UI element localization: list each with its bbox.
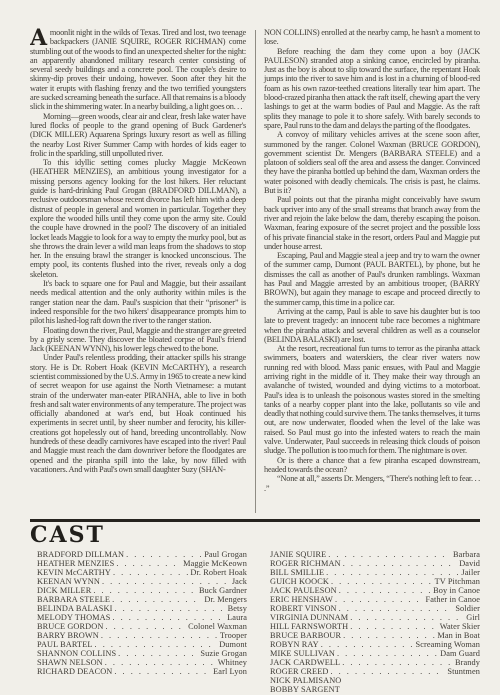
cast-role-name: Dr. Robert Hoak bbox=[190, 568, 247, 577]
cast-role-name: TV Pitchman bbox=[435, 577, 480, 586]
cast-role-name: Colonel Waxman bbox=[188, 622, 247, 631]
dot-leader: . . . . . . . . . . . . . . . . . . . . … bbox=[343, 559, 458, 568]
drop-cap: A bbox=[30, 28, 50, 46]
cast-role-name: Earl Lyon bbox=[213, 667, 247, 676]
cast-actor-name: BARBARA STEELE bbox=[37, 595, 110, 604]
cast-actor-name: BRUCE GORDON bbox=[37, 622, 103, 631]
cast-row: PAUL BARTEL . . . . . . . . . . . . . . … bbox=[37, 640, 247, 649]
article-paragraph: Arriving at the camp, Paul is able to sa… bbox=[264, 307, 480, 344]
dot-leader: . . . . . . . . . . . . . . . . . . . . … bbox=[350, 622, 437, 631]
dot-leader: . . . . . . . . . . . . . . . . . . . . … bbox=[126, 550, 202, 559]
cast-right-column: JANIE SQUIRE . . . . . . . . . . . . . .… bbox=[270, 550, 480, 694]
cast-role-name: David bbox=[459, 559, 480, 568]
opening-paragraph: Amoonlit night in the wilds of Texas. Ti… bbox=[30, 28, 246, 112]
dot-leader: . . . . . . . . . . . . . . . . . . . . … bbox=[112, 613, 225, 622]
cast-row: ROGER RICHMAN . . . . . . . . . . . . . … bbox=[270, 559, 480, 568]
synopsis-section: Amoonlit night in the wilds of Texas. Ti… bbox=[0, 0, 500, 515]
cast-row: GUICH KOOCK . . . . . . . . . . . . . . … bbox=[270, 577, 480, 586]
dot-leader: . . . . . . . . . . . . . . . . . . . . … bbox=[339, 604, 454, 613]
cast-row: ROBERT VINSON . . . . . . . . . . . . . … bbox=[270, 604, 480, 613]
article-paragraph: Or is there a chance that a few piranha … bbox=[264, 456, 480, 475]
dot-leader: . . . . . . . . . . . . . . . . . . . . … bbox=[331, 667, 446, 676]
article-paragraph: Under Paul's relentless prodding, their … bbox=[30, 353, 246, 474]
cast-row: VIRGINIA DUNNAM . . . . . . . . . . . . … bbox=[270, 613, 480, 622]
article-paragraph: NON COLLINS) enrolled at the nearby camp… bbox=[264, 28, 480, 47]
cast-actor-name: BOBBY SARGENT bbox=[270, 685, 340, 694]
cast-actor-name: BILL SMILLIE bbox=[270, 568, 324, 577]
cast-row: MIKE SULLIVAN . . . . . . . . . . . . . … bbox=[270, 649, 480, 658]
cast-row: JANIE SQUIRE . . . . . . . . . . . . . .… bbox=[270, 550, 480, 559]
cast-actor-name: HILL FARNSWORTH bbox=[270, 622, 348, 631]
cast-actor-name: GUICH KOOCK bbox=[270, 577, 329, 586]
cast-role-name: Girl bbox=[466, 613, 480, 622]
cast-row: HEATHER MENZIES . . . . . . . . . . . . … bbox=[37, 559, 247, 568]
dot-leader: . . . . . . . . . . . . . . . . . . . . … bbox=[328, 550, 451, 559]
cast-actor-name: BRADFORD DILLMAN bbox=[37, 550, 124, 559]
dot-leader: . . . . . . . . . . . . . . . . . . . . … bbox=[326, 568, 459, 577]
dot-leader: . . . . . . . . . . . . . . . . . . . . … bbox=[342, 658, 453, 667]
cast-row: KEVIN McCARTHY . . . . . . . . . . . . .… bbox=[37, 568, 247, 577]
cast-row: DICK MILLER . . . . . . . . . . . . . . … bbox=[37, 586, 247, 595]
cast-row: BRUCE BARBOUR . . . . . . . . . . . . . … bbox=[270, 631, 480, 640]
cast-role-name: Dumont bbox=[219, 640, 247, 649]
dot-leader: . . . . . . . . . . . . . . . . . . . . … bbox=[113, 568, 188, 577]
cast-role-name: Man in Boat bbox=[437, 631, 480, 640]
cast-actor-name: ROGER RICHMAN bbox=[270, 559, 341, 568]
dot-leader: . . . . . . . . . . . . . . . . . . . . … bbox=[93, 586, 197, 595]
cast-role-name: Maggie McKeown bbox=[183, 559, 247, 568]
cast-row: BARBARA STEELE . . . . . . . . . . . . .… bbox=[37, 595, 247, 604]
cast-role-name: Suzie Grogan bbox=[200, 649, 247, 658]
cast-role-name: Trooper bbox=[220, 631, 247, 640]
cast-role-name: Dam Guard bbox=[440, 649, 480, 658]
cast-actor-name: MIKE SULLIVAN bbox=[270, 649, 335, 658]
cast-section: BRADFORD DILLMAN . . . . . . . . . . . .… bbox=[37, 550, 480, 694]
dot-leader: . . . . . . . . . . . . . . . . . . . . … bbox=[337, 649, 438, 658]
cast-row: SHANNON COLLINS . . . . . . . . . . . . … bbox=[37, 649, 247, 658]
cast-role-name: Soldier bbox=[455, 604, 480, 613]
cast-actor-name: ERIC HENSHAW bbox=[270, 595, 333, 604]
cast-role-name: Whitney bbox=[218, 658, 247, 667]
cast-role-name: Barbara bbox=[453, 550, 480, 559]
cast-row: MELODY THOMAS . . . . . . . . . . . . . … bbox=[37, 613, 247, 622]
cast-role-name: Father in Canoe bbox=[426, 595, 481, 604]
cast-role-name: Brandy bbox=[455, 658, 480, 667]
cast-actor-name: JACK PAULESON bbox=[270, 586, 337, 595]
cast-actor-name: SHAWN NELSON bbox=[37, 658, 103, 667]
article-paragraph: Morning—green woods, clear air and clear… bbox=[30, 112, 246, 158]
cast-row: ERIC HENSHAW . . . . . . . . . . . . . .… bbox=[270, 595, 480, 604]
cast-role-name: Water Skier bbox=[440, 622, 480, 631]
dot-leader: . . . . . . . . . . . . . . . . . . . . … bbox=[114, 604, 225, 613]
press-kit-page: Amoonlit night in the wilds of Texas. Ti… bbox=[0, 0, 500, 695]
cast-role-name: Laura bbox=[227, 613, 247, 622]
cast-row: SHAWN NELSON . . . . . . . . . . . . . .… bbox=[37, 658, 247, 667]
article-paragraph: It's back to square one for Paul and Mag… bbox=[30, 279, 246, 325]
cast-row: HILL FARNSWORTH . . . . . . . . . . . . … bbox=[270, 622, 480, 631]
cast-role-name: Betsy bbox=[228, 604, 247, 613]
dot-leader: . . . . . . . . . . . . . . . . . . . . … bbox=[116, 559, 181, 568]
cast-actor-name: BRUCE BARBOUR bbox=[270, 631, 341, 640]
dot-leader: . . . . . . . . . . . . . . . . . . . . … bbox=[339, 586, 431, 595]
cast-actor-name: KEENAN WYNN bbox=[37, 577, 100, 586]
cast-actor-name: SHANNON COLLINS bbox=[37, 649, 116, 658]
article-paragraph: Floating down the river, Paul, Maggie an… bbox=[30, 326, 246, 354]
cast-row: BELINDA BALASKI . . . . . . . . . . . . … bbox=[37, 604, 247, 613]
article-left-column: Amoonlit night in the wilds of Texas. Ti… bbox=[30, 28, 246, 515]
dot-leader: . . . . . . . . . . . . . . . . . . . . … bbox=[321, 640, 414, 649]
cast-role-name: Paul Grogan bbox=[204, 550, 247, 559]
cast-role-name: Jailer bbox=[461, 568, 480, 577]
cast-row: ROGER CREED . . . . . . . . . . . . . . … bbox=[270, 667, 480, 676]
cast-role-name: Stuntmen bbox=[447, 667, 480, 676]
cast-row: BILL SMILLIE . . . . . . . . . . . . . .… bbox=[270, 568, 480, 577]
cast-actor-name: HEATHER MENZIES bbox=[37, 559, 114, 568]
cast-row: NICK PALMISANO bbox=[270, 676, 480, 685]
cast-actor-name: PAUL BARTEL bbox=[37, 640, 93, 649]
cast-actor-name: DICK MILLER bbox=[37, 586, 91, 595]
synopsis-columns: Amoonlit night in the wilds of Texas. Ti… bbox=[30, 28, 480, 515]
cast-row: BRADFORD DILLMAN . . . . . . . . . . . .… bbox=[37, 550, 247, 559]
cast-actor-name: BARRY BROWN bbox=[37, 631, 99, 640]
dot-leader: . . . . . . . . . . . . . . . . . . . . … bbox=[105, 622, 186, 631]
article-paragraph: “None at all,” asserts Dr. Mengers, “The… bbox=[264, 474, 480, 493]
dot-leader: . . . . . . . . . . . . . . . . . . . . … bbox=[101, 631, 218, 640]
dot-leader: . . . . . . . . . . . . . . . . . . . . … bbox=[112, 595, 202, 604]
cast-actor-name: JANIE SQUIRE bbox=[270, 550, 326, 559]
cast-role-name: Boy in Canoe bbox=[433, 586, 480, 595]
cast-role-name: Screaming Woman bbox=[415, 640, 480, 649]
cast-actor-name: ROBERT VINSON bbox=[270, 604, 337, 613]
cast-row: JACK CARDWELL . . . . . . . . . . . . . … bbox=[270, 658, 480, 667]
cast-role-name: Buck Gardner bbox=[199, 586, 247, 595]
dot-leader: . . . . . . . . . . . . . . . . . . . . … bbox=[350, 613, 464, 622]
article-paragraph: Before reaching the dam they come upon a… bbox=[264, 47, 480, 131]
cast-actor-name: BELINDA BALASKI bbox=[37, 604, 112, 613]
cast-actor-name: KEVIN McCARTHY bbox=[37, 568, 111, 577]
dot-leader: . . . . . . . . . . . . . . . . . . . . … bbox=[331, 577, 433, 586]
article-paragraph: At the resort, recreational fun turns to… bbox=[264, 344, 480, 456]
cast-left-column: BRADFORD DILLMAN . . . . . . . . . . . .… bbox=[37, 550, 247, 694]
article-paragraph: A convoy of military vehicles arrives at… bbox=[264, 130, 480, 195]
dot-leader: . . . . . . . . . . . . . . . . . . . . … bbox=[118, 649, 198, 658]
cast-role-name: Jack bbox=[232, 577, 247, 586]
cast-role-name: Dr. Mengers bbox=[204, 595, 247, 604]
dot-leader: . . . . . . . . . . . . . . . . . . . . … bbox=[95, 640, 218, 649]
cast-actor-name: MELODY THOMAS bbox=[37, 613, 110, 622]
article-paragraph: Paul points out that the piranha might c… bbox=[264, 195, 480, 251]
cast-actor-name: ROBYN RAY bbox=[270, 640, 319, 649]
cast-row: BOBBY SARGENT bbox=[270, 685, 480, 694]
article-paragraph: Escaping, Paul and Maggie steal a jeep a… bbox=[264, 251, 480, 307]
cast-actor-name: VIRGINIA DUNNAM bbox=[270, 613, 348, 622]
left-paragraphs: Morning—green woods, clear air and clear… bbox=[30, 112, 246, 475]
dot-leader: . . . . . . . . . . . . . . . . . . . . … bbox=[105, 658, 216, 667]
cast-actor-name: RICHARD DEACON bbox=[37, 667, 112, 676]
cast-actor-name: NICK PALMISANO bbox=[270, 676, 341, 685]
cast-heading: CAST bbox=[30, 524, 500, 546]
article-paragraph: To this idyllic setting comes plucky Mag… bbox=[30, 158, 246, 279]
right-paragraphs: NON COLLINS) enrolled at the nearby camp… bbox=[264, 28, 480, 493]
cast-row: KEENAN WYNN . . . . . . . . . . . . . . … bbox=[37, 577, 247, 586]
article-right-column: NON COLLINS) enrolled at the nearby camp… bbox=[264, 28, 480, 515]
cast-actor-name: JACK CARDWELL bbox=[270, 658, 340, 667]
cast-row: BARRY BROWN . . . . . . . . . . . . . . … bbox=[37, 631, 247, 640]
dot-leader: . . . . . . . . . . . . . . . . . . . . … bbox=[114, 667, 211, 676]
dot-leader: . . . . . . . . . . . . . . . . . . . . … bbox=[335, 595, 424, 604]
cast-row: RICHARD DEACON . . . . . . . . . . . . .… bbox=[37, 667, 247, 676]
cast-row: BRUCE GORDON . . . . . . . . . . . . . .… bbox=[37, 622, 247, 631]
cast-row: JACK PAULESON . . . . . . . . . . . . . … bbox=[270, 586, 480, 595]
dot-leader: . . . . . . . . . . . . . . . . . . . . … bbox=[343, 631, 435, 640]
cast-actor-name: ROGER CREED bbox=[270, 667, 329, 676]
dot-leader: . . . . . . . . . . . . . . . . . . . . … bbox=[102, 577, 230, 586]
cast-row: ROBYN RAY . . . . . . . . . . . . . . . … bbox=[270, 640, 480, 649]
opening-text: moonlit night in the wilds of Texas. Tir… bbox=[30, 28, 246, 111]
